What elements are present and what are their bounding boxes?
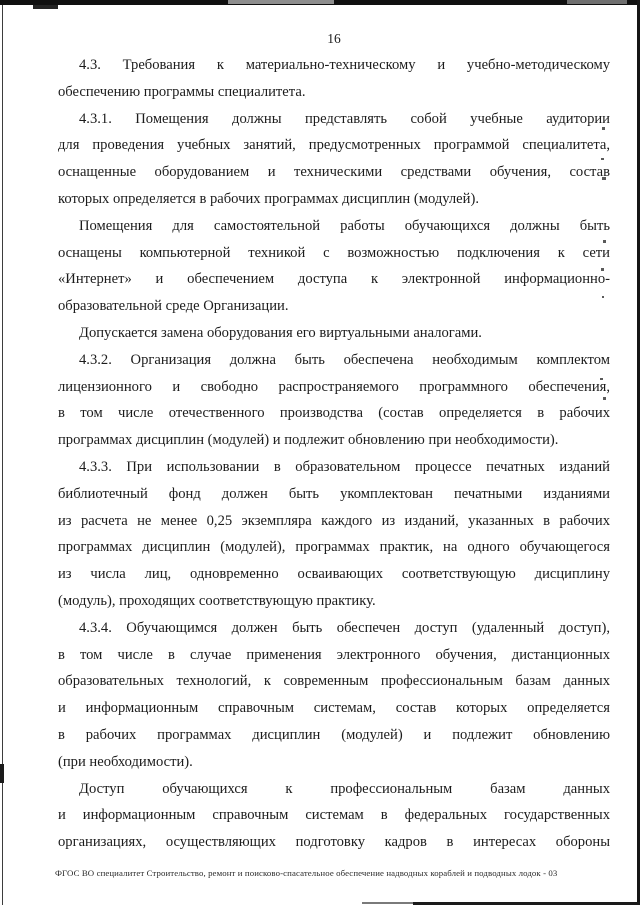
footer-document-title: ФГОС ВО специалитет Строительство, ремон… xyxy=(55,868,600,878)
text-line: в том числе отечественного производства … xyxy=(58,400,610,427)
text-line: «Интернет» и обеспечением доступа к элек… xyxy=(58,266,610,293)
text-line: Допускается замена оборудования его вирт… xyxy=(58,320,610,347)
text-line: оснащены компьютерной техникой с возможн… xyxy=(58,240,610,267)
text-line: 4.3.3. При использовании в образовательн… xyxy=(58,454,610,481)
text-line: 4.3.2. Организация должна быть обеспечен… xyxy=(58,347,610,374)
paragraph: 4.3.2. Организация должна быть обеспечен… xyxy=(58,347,610,454)
text-line: (при необходимости). xyxy=(58,749,610,776)
scan-artifact xyxy=(0,764,4,783)
text-line: 4.3. Требования к материально-техническо… xyxy=(58,52,610,79)
text-line: из числа лиц, одновременно осваивающих с… xyxy=(58,561,610,588)
text-line: и информационным справочным системам в ф… xyxy=(58,802,610,829)
scan-top-border-gap xyxy=(567,0,627,4)
text-line: 4.3.4. Обучающимся должен быть обеспечен… xyxy=(58,615,610,642)
paragraph: Доступ обучающихся к профессиональным ба… xyxy=(58,776,610,856)
paragraph: Допускается замена оборудования его вирт… xyxy=(58,320,610,347)
text-line: лицензионного и свободно распространяемо… xyxy=(58,374,610,401)
text-line: и информационным справочным системам, со… xyxy=(58,695,610,722)
text-line: программах дисциплин (модулей) и подлежи… xyxy=(58,427,610,454)
text-line: библиотечный фонд должен быть укомплекто… xyxy=(58,481,610,508)
text-line: образовательных технологий, к современны… xyxy=(58,668,610,695)
text-line: организациях, осуществляющих подготовку … xyxy=(58,829,610,856)
text-line: Помещения для самостоятельной работы обу… xyxy=(58,213,610,240)
scan-artifact xyxy=(33,5,58,9)
document-body: 4.3. Требования к материально-техническо… xyxy=(58,52,610,856)
scan-top-border-gap xyxy=(228,0,334,4)
scanned-document-page: 16 4.3. Требования к материально-техниче… xyxy=(0,0,640,905)
text-line: из расчета не менее 0,25 экземпляра кажд… xyxy=(58,508,610,535)
text-line: (модуль), проходящих соответствующую пра… xyxy=(58,588,610,615)
text-line: в рабочих программах дисциплин (модулей)… xyxy=(58,722,610,749)
paragraph: 4.3.4. Обучающимся должен быть обеспечен… xyxy=(58,615,610,776)
paragraph: 4.3. Требования к материально-техническо… xyxy=(58,52,610,106)
page-number: 16 xyxy=(58,31,610,47)
text-line: для проведения учебных занятий, предусмо… xyxy=(58,132,610,159)
text-line: которых определяется в рабочих программа… xyxy=(58,186,610,213)
text-line: 4.3.1. Помещения должны представлять соб… xyxy=(58,106,610,133)
text-line: образовательной среде Организации. xyxy=(58,293,610,320)
text-line: оснащенные оборудованием и техническими … xyxy=(58,159,610,186)
paragraph: 4.3.3. При использовании в образовательн… xyxy=(58,454,610,615)
paragraph: 4.3.1. Помещения должны представлять соб… xyxy=(58,106,610,213)
text-line: Доступ обучающихся к профессиональным ба… xyxy=(58,776,610,803)
text-line: в том числе в случае применения электрон… xyxy=(58,642,610,669)
text-line: обеспечению программы специалитета. xyxy=(58,79,610,106)
text-line: программах дисциплин (модулей), программ… xyxy=(58,534,610,561)
paragraph: Помещения для самостоятельной работы обу… xyxy=(58,213,610,320)
